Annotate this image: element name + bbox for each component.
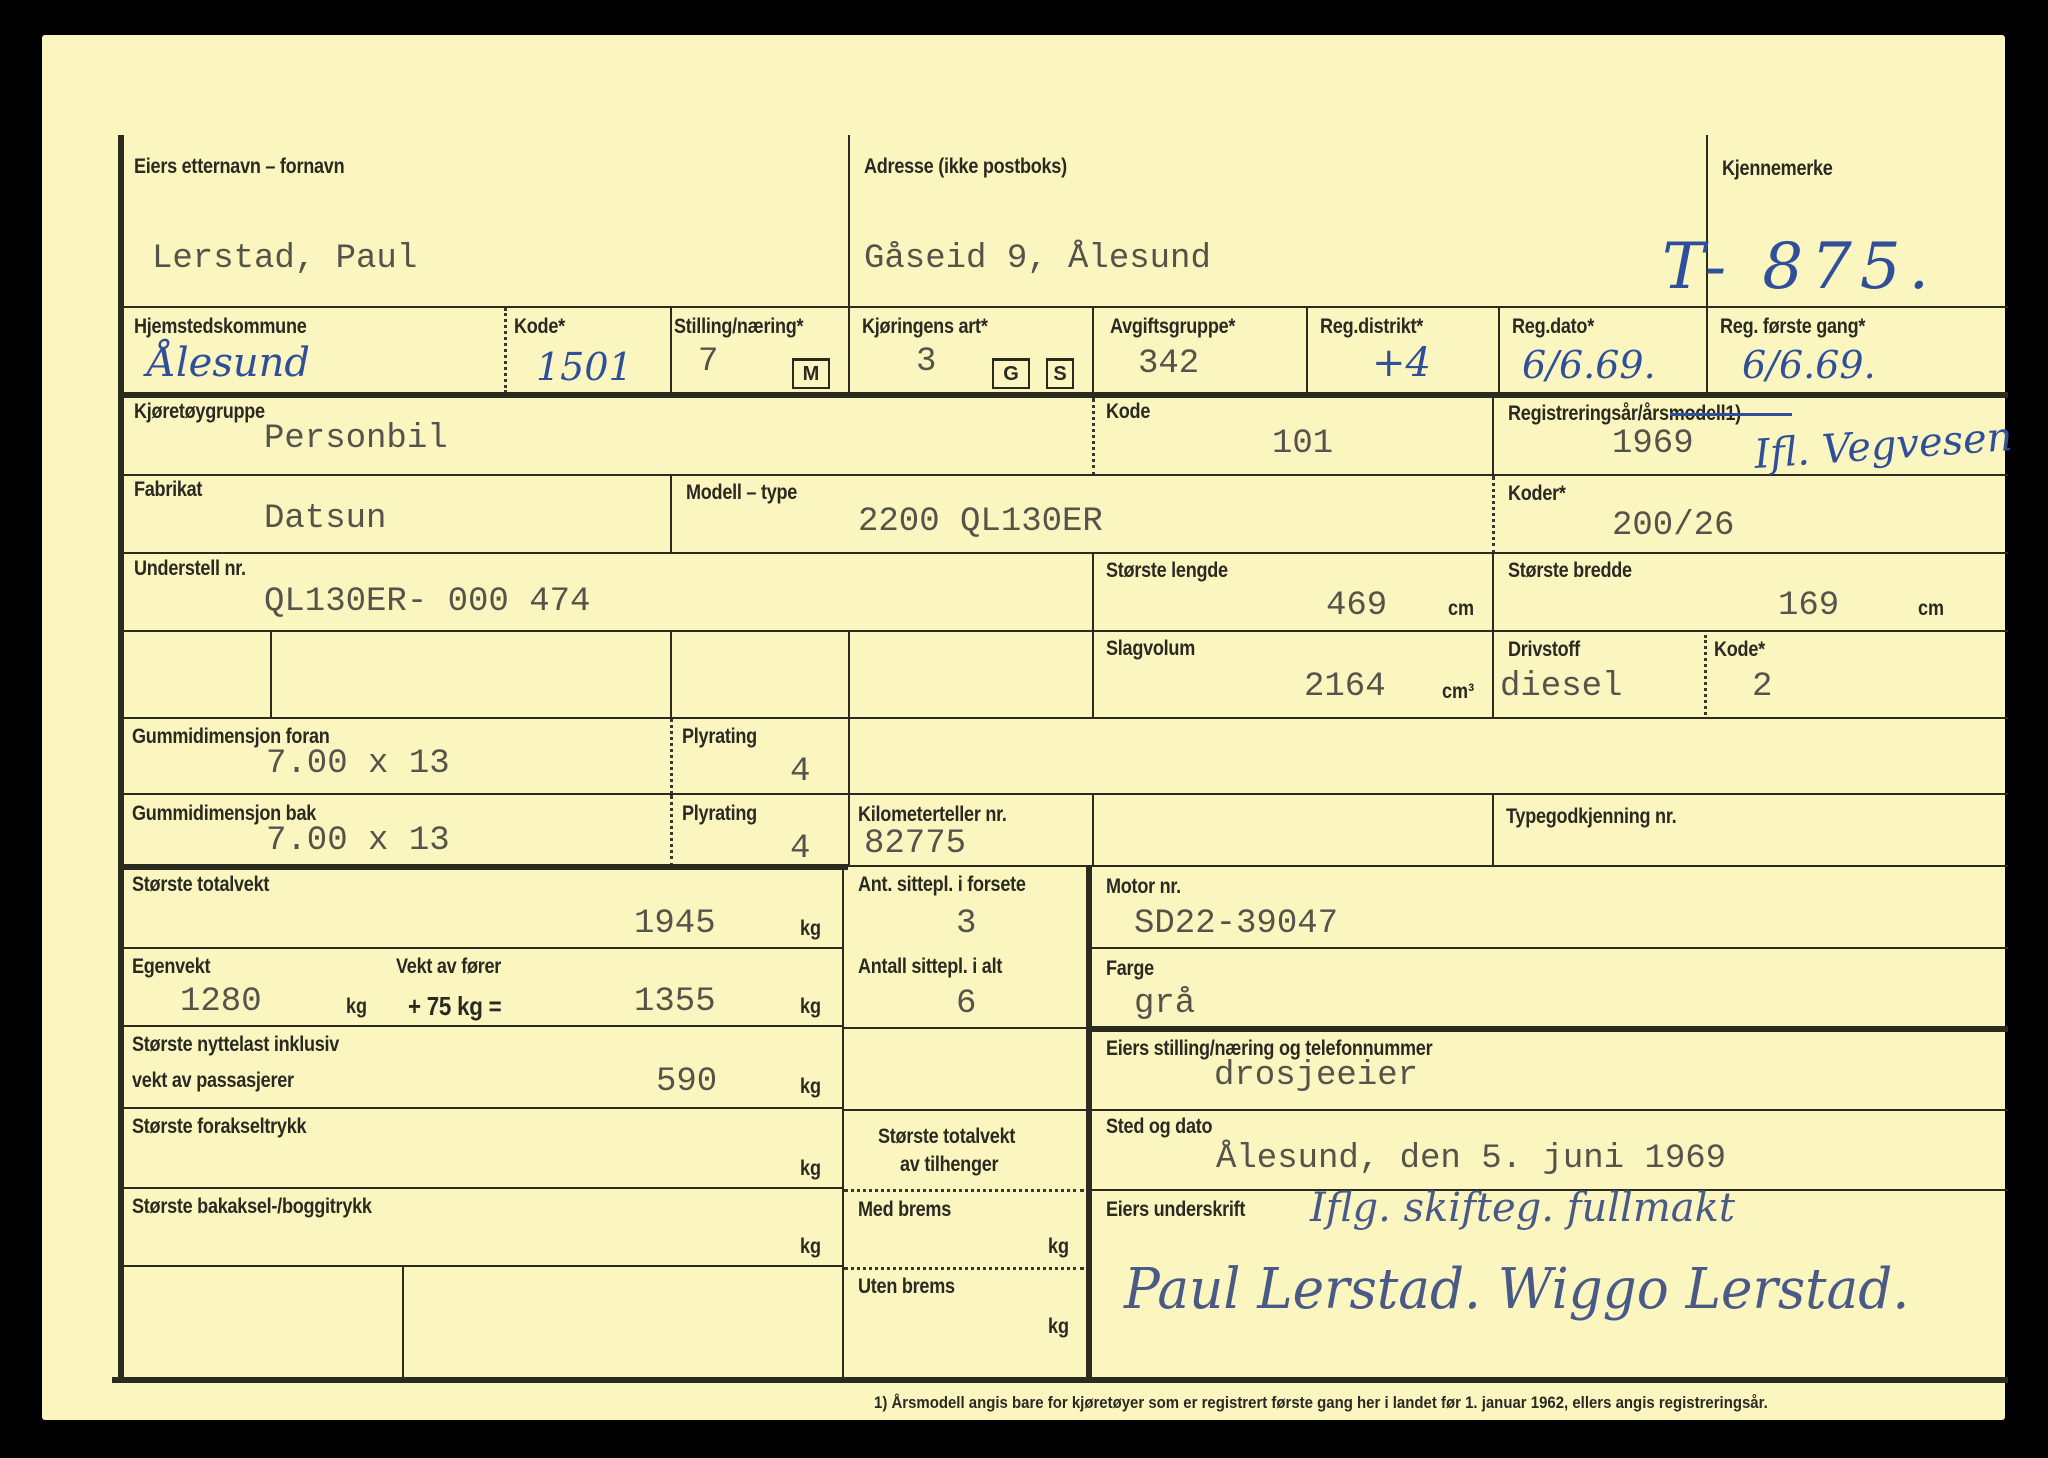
left-border: [118, 135, 124, 1380]
payload-unit: kg: [800, 1075, 821, 1099]
ply-rear-label: Plyrating: [682, 802, 757, 826]
divider: [118, 1187, 842, 1189]
municipality-code-label: Kode*: [514, 315, 565, 339]
divider: [844, 1267, 1084, 1270]
divider: [1092, 795, 1094, 867]
signature-line1: Iflg. skifteg. fullmakt: [1310, 1185, 1735, 1231]
divider: [118, 552, 2008, 554]
payload-label-line1: Største nyttelast inklusiv: [132, 1033, 339, 1057]
own-weight-unit: kg: [346, 995, 367, 1019]
with-brakes-unit: kg: [1048, 1235, 1069, 1259]
home-municipality-value[interactable]: Ålesund: [147, 340, 310, 386]
max-width-value[interactable]: 169: [1778, 587, 1839, 625]
driving-type-label: Kjøringens art*: [862, 315, 988, 339]
with-brakes-label: Med brems: [858, 1198, 951, 1222]
max-total-weight-unit: kg: [800, 917, 821, 941]
first-reg-label: Reg. første gang*: [1720, 315, 1865, 339]
max-width-unit: cm: [1918, 597, 1944, 621]
max-length-value[interactable]: 469: [1326, 587, 1387, 625]
fuel-label: Drivstoff: [1508, 638, 1580, 662]
front-seats-value[interactable]: 3: [956, 905, 976, 943]
reg-district-label: Reg.distrikt*: [1320, 315, 1423, 339]
max-length-label: Største lengde: [1106, 559, 1228, 583]
model-type-value[interactable]: 2200 QL130ER: [858, 503, 1103, 541]
front-seats-label: Ant. sittepl. i forsete: [858, 873, 1026, 897]
tyre-front-value[interactable]: 7.00 x 13: [266, 745, 450, 783]
registration-mark-value[interactable]: T- 875.: [1662, 230, 1937, 304]
vehicle-group-code-value[interactable]: 101: [1272, 425, 1333, 463]
reg-date-label: Reg.dato*: [1512, 315, 1594, 339]
divider: [1306, 308, 1308, 393]
divider: [842, 1027, 1086, 1029]
driving-box-s[interactable]: S: [1046, 358, 1074, 389]
footnote: 1) Årsmodell angis bare for kjøretøyer s…: [874, 1393, 1768, 1413]
divider: [670, 308, 672, 393]
reg-district-value[interactable]: +4: [1372, 340, 1431, 386]
place-date-value[interactable]: Ålesund, den 5. juni 1969: [1216, 1140, 1726, 1178]
divider: [1492, 554, 1494, 632]
divider: [848, 719, 850, 794]
divider: [1092, 554, 1094, 632]
municipality-code-value[interactable]: 1501: [536, 345, 633, 389]
divider: [1086, 865, 1092, 1380]
front-axle-unit: kg: [800, 1157, 821, 1181]
divider: [118, 864, 848, 870]
chassis-no-label: Understell nr.: [134, 557, 246, 581]
divider: [118, 474, 2008, 476]
divider: [1092, 947, 2008, 949]
bottom-border: [112, 1377, 2008, 1383]
occupation-code-label: Stilling/næring*: [674, 315, 803, 339]
divider: [118, 717, 2008, 719]
divider: [670, 632, 672, 717]
ply-rear-value[interactable]: 4: [790, 830, 810, 868]
color-label: Farge: [1106, 957, 1154, 981]
reg-year-value[interactable]: 1969: [1612, 425, 1694, 463]
displacement-label: Slagvolum: [1106, 637, 1195, 661]
divider: [670, 795, 673, 867]
make-label: Fabrikat: [134, 478, 202, 502]
odometer-label: Kilometerteller nr.: [858, 803, 1007, 827]
reg-year-annotation: Ifl. Vegvesen: [1753, 414, 2014, 478]
reg-date-value[interactable]: 6/6.69.: [1522, 343, 1656, 387]
home-municipality-label: Hjemstedskommune: [134, 315, 307, 339]
displacement-unit: cm³: [1442, 680, 1474, 704]
registration-card: Eiers etternavn – fornavn Lerstad, Paul …: [42, 35, 2005, 1420]
divider: [1498, 308, 1500, 393]
divider: [1092, 1026, 2008, 1032]
vehicle-group-value[interactable]: Personbil: [264, 420, 448, 458]
ply-front-value[interactable]: 4: [790, 753, 810, 791]
model-type-label: Modell – type: [686, 481, 797, 505]
own-weight-value[interactable]: 1280: [180, 983, 262, 1021]
divider: [402, 1267, 404, 1380]
divider: [1092, 308, 1094, 393]
trailer-weight-label-line1: Største totalvekt: [878, 1125, 1015, 1149]
divider: [118, 630, 2008, 632]
signature-label: Eiers underskrift: [1106, 1198, 1245, 1222]
divider: [1492, 476, 1495, 554]
own-weight-label: Egenvekt: [132, 955, 210, 979]
total-seats-label: Antall sittepl. i alt: [858, 955, 1002, 979]
driver-weight-formula: + 75 kg =: [408, 991, 501, 1022]
without-brakes-label: Uten brems: [858, 1275, 955, 1299]
registration-mark-label: Kjennemerke: [1722, 157, 1833, 181]
occupation-code-value[interactable]: 7: [698, 343, 718, 381]
odometer-value[interactable]: 82775: [864, 825, 966, 863]
fuel-value[interactable]: diesel: [1500, 668, 1622, 706]
fuel-code-value[interactable]: 2: [1752, 668, 1772, 706]
codes-value[interactable]: 200/26: [1612, 507, 1734, 545]
occupation-box-m[interactable]: M: [792, 358, 830, 389]
max-total-weight-label: Største totalvekt: [132, 873, 269, 897]
divider: [118, 1265, 842, 1267]
divider: [118, 947, 842, 949]
divider: [842, 1109, 1086, 1111]
place-date-label: Sted og dato: [1106, 1115, 1212, 1139]
total-seats-value[interactable]: 6: [956, 985, 976, 1023]
first-reg-value[interactable]: 6/6.69.: [1742, 343, 1876, 387]
engine-no-value[interactable]: SD22-39047: [1134, 905, 1338, 943]
strikethrough: [1670, 413, 1792, 416]
divider: [118, 306, 2008, 308]
rear-axle-unit: kg: [800, 1235, 821, 1259]
divider: [1492, 795, 1494, 867]
divider: [118, 1025, 842, 1027]
owner-name-value[interactable]: Lerstad, Paul: [152, 240, 417, 278]
max-length-unit: cm: [1448, 597, 1474, 621]
divider: [1092, 632, 1094, 717]
front-axle-label: Største forakseltrykk: [132, 1115, 306, 1139]
vehicle-group-label: Kjøretøygruppe: [134, 400, 265, 424]
driver-weight-label: Vekt av fører: [396, 955, 501, 979]
tyre-rear-value[interactable]: 7.00 x 13: [266, 822, 450, 860]
divider: [504, 308, 507, 393]
payload-value[interactable]: 590: [656, 1063, 717, 1101]
driver-weight-unit: kg: [800, 995, 821, 1019]
divider: [1092, 398, 1095, 476]
driving-type-value[interactable]: 3: [916, 343, 936, 381]
vehicle-group-code-label: Kode: [1106, 400, 1150, 424]
make-value[interactable]: Datsun: [264, 500, 386, 538]
divider: [848, 795, 850, 867]
rear-axle-label: Største bakaksel-/boggitrykk: [132, 1195, 372, 1219]
divider: [118, 392, 2008, 398]
divider: [1492, 632, 1494, 717]
ply-front-label: Plyrating: [682, 725, 757, 749]
trailer-weight-label-line2: av tilhenger: [900, 1153, 998, 1177]
displacement-value[interactable]: 2164: [1304, 668, 1386, 706]
without-brakes-unit: kg: [1048, 1315, 1069, 1339]
divider: [848, 632, 850, 717]
divider: [848, 865, 2008, 867]
color-value[interactable]: grå: [1134, 985, 1195, 1023]
divider: [1492, 398, 1494, 476]
divider: [670, 476, 672, 554]
engine-no-label: Motor nr.: [1106, 875, 1181, 899]
address-value[interactable]: Gåseid 9, Ålesund: [864, 240, 1211, 278]
driving-box-g[interactable]: G: [992, 358, 1030, 389]
divider: [1706, 308, 1708, 393]
divider: [844, 1189, 1084, 1192]
codes-label: Koder*: [1508, 482, 1566, 506]
max-width-label: Største bredde: [1508, 559, 1632, 583]
signature-line2[interactable]: Paul Lerstad. Wiggo Lerstad.: [1124, 1257, 1909, 1322]
fee-group-value[interactable]: 342: [1138, 345, 1199, 383]
driver-weight-value[interactable]: 1355: [634, 983, 716, 1021]
divider: [1704, 635, 1707, 715]
fee-group-label: Avgiftsgruppe*: [1110, 315, 1235, 339]
owner-name-label: Eiers etternavn – fornavn: [134, 155, 344, 179]
divider: [118, 793, 2008, 795]
chassis-no-value[interactable]: QL130ER- 000 474: [264, 583, 590, 621]
address-label: Adresse (ikke postboks): [864, 155, 1067, 179]
divider: [848, 308, 850, 393]
fuel-code-label: Kode*: [1714, 638, 1765, 662]
owner-occupation-value[interactable]: drosjeeier: [1214, 1057, 1418, 1095]
payload-label-line2: vekt av passasjerer: [132, 1069, 294, 1093]
divider: [118, 1107, 842, 1109]
type-approval-label: Typegodkjenning nr.: [1506, 805, 1676, 829]
divider: [842, 870, 844, 1380]
divider: [670, 719, 673, 794]
max-total-weight-value[interactable]: 1945: [634, 905, 716, 943]
divider: [270, 632, 272, 717]
divider: [1092, 1109, 2008, 1111]
